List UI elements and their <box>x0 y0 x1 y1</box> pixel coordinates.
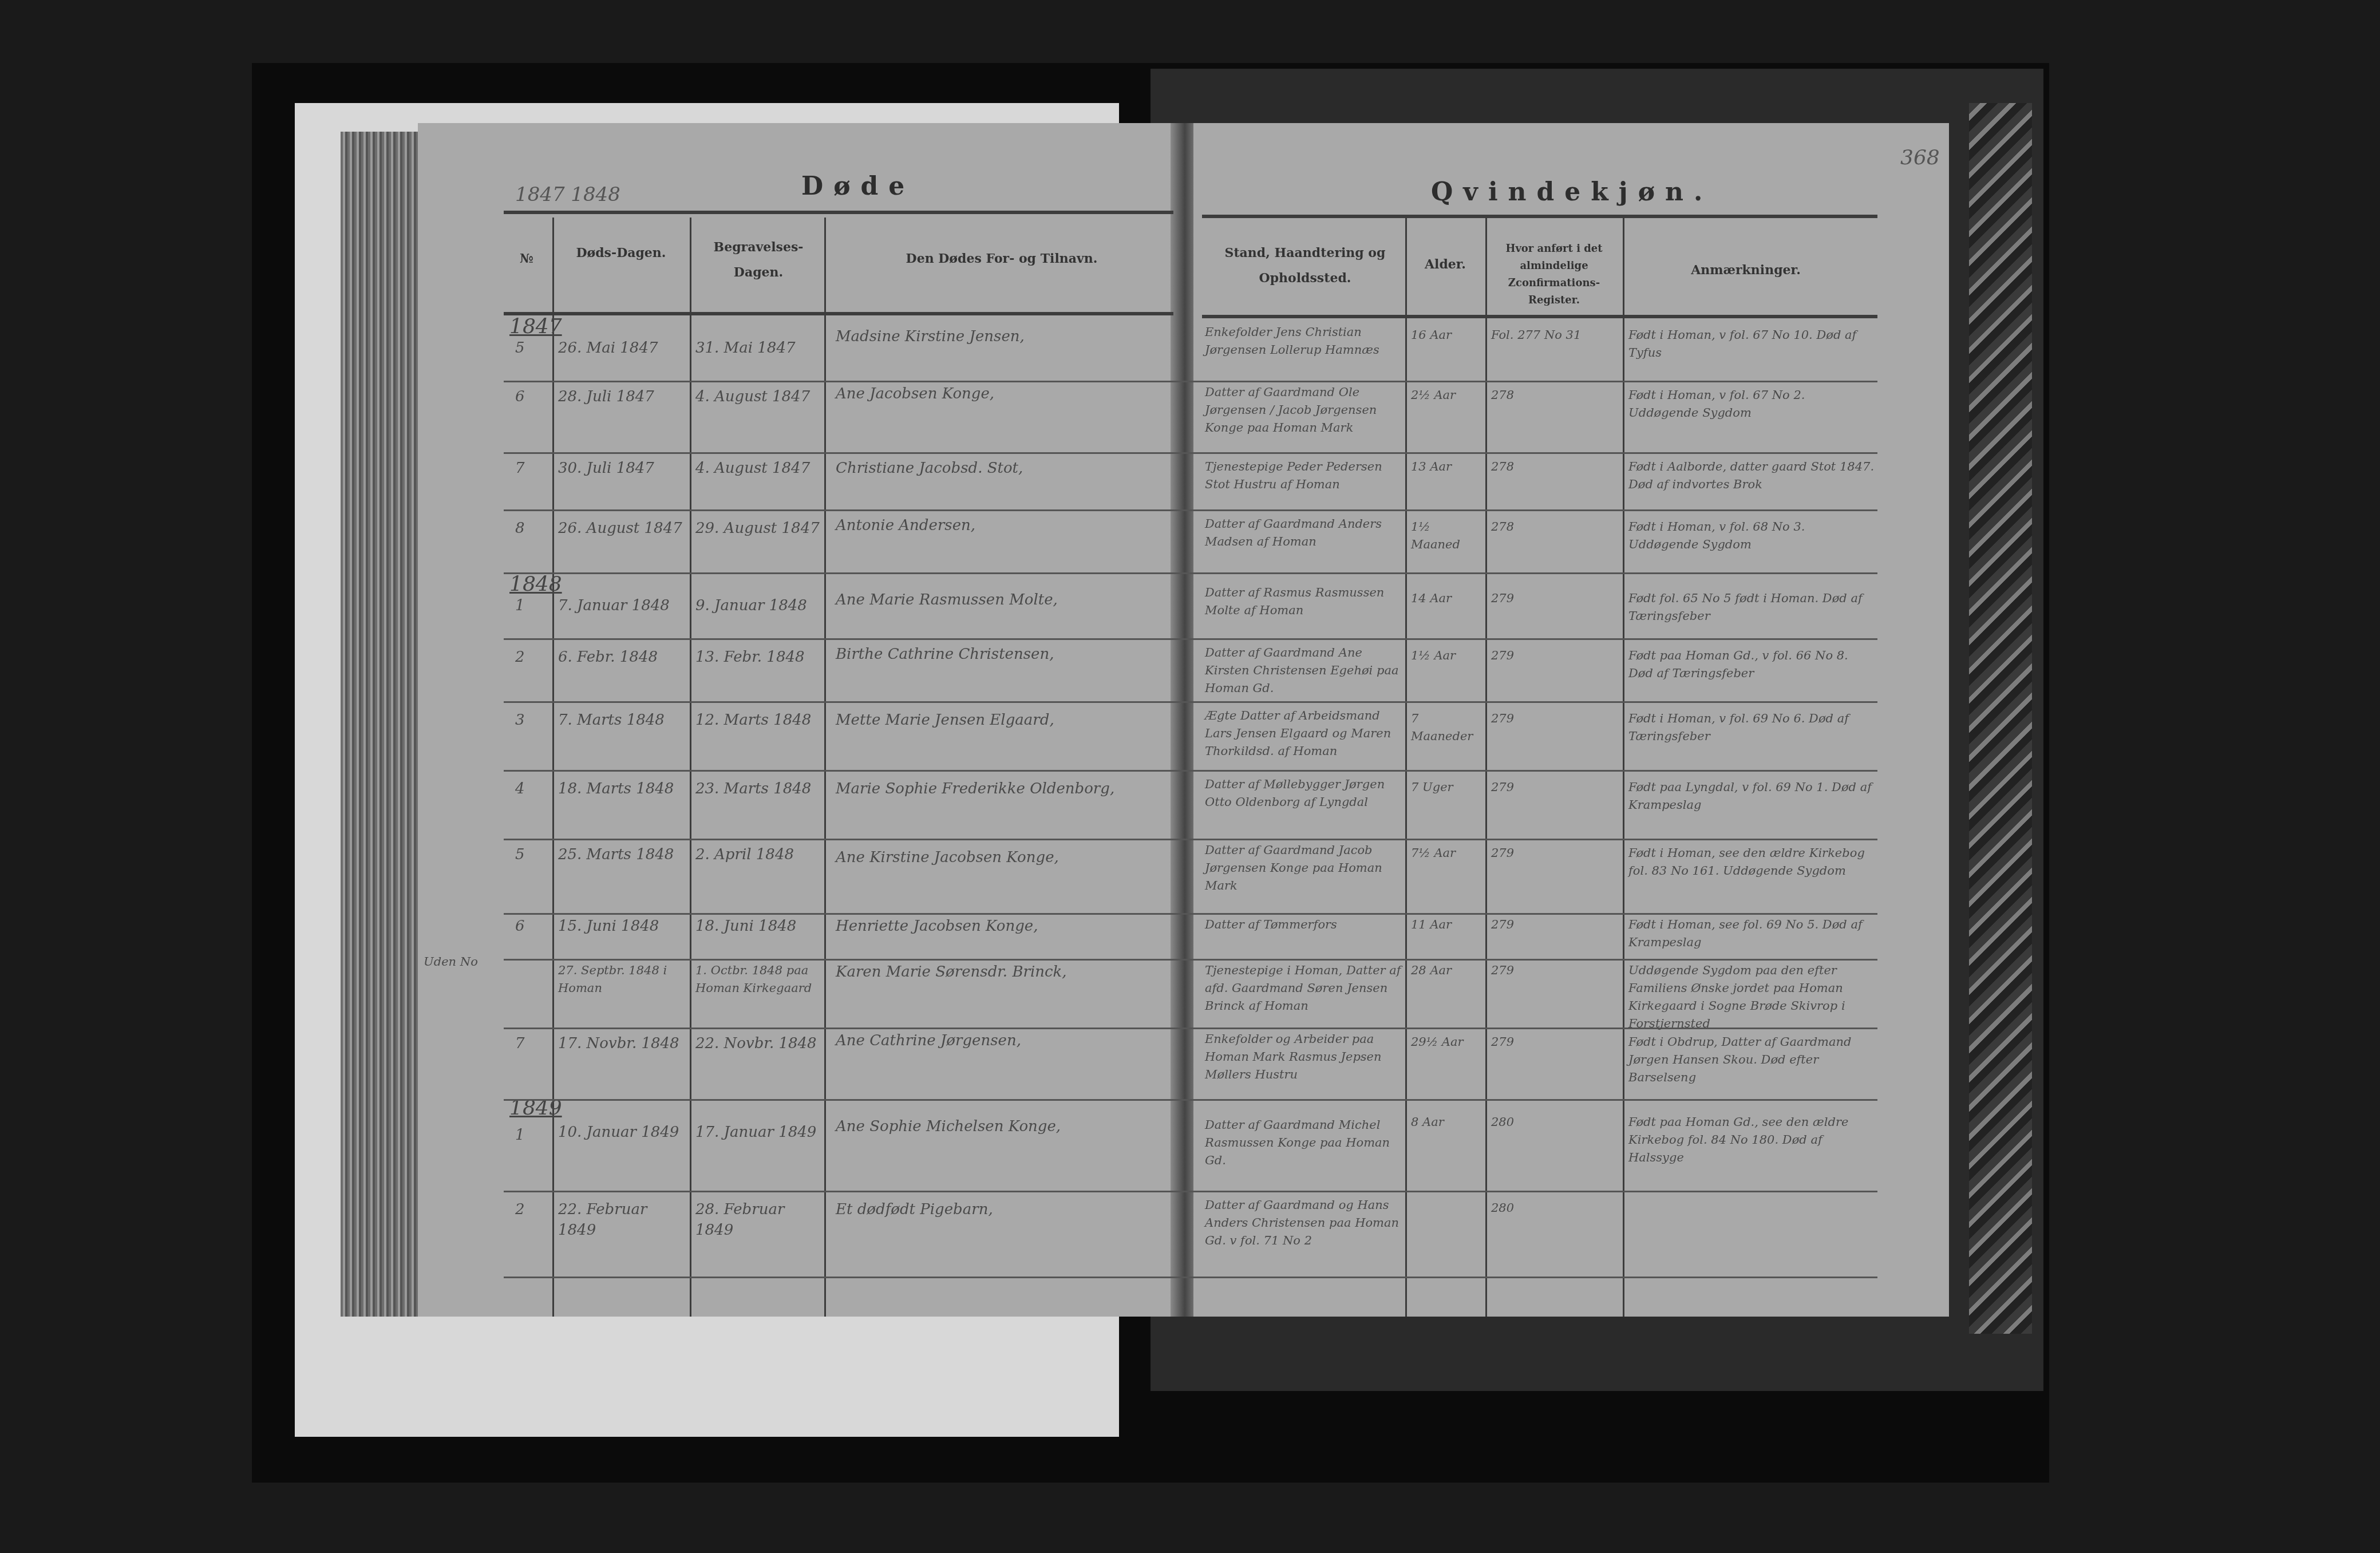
entry-no: 1 <box>515 1125 525 1145</box>
register-ref: 280 <box>1491 1113 1620 1131</box>
status: Ægte Datter af Arbeidsmand Lars Jensen E… <box>1205 707 1402 760</box>
remarks: Født i Homan, see fol. 69 No 5. Død af K… <box>1628 916 1875 951</box>
death-date: 26. Mai 1847 <box>558 338 687 358</box>
row-divider <box>504 1191 1877 1192</box>
register-ref: 279 <box>1491 962 1620 979</box>
deceased-name: Marie Sophie Frederikke Oldenborg, <box>836 779 1173 799</box>
status: Enkefolder og Arbeider paa Homan Mark Ra… <box>1205 1030 1402 1084</box>
deceased-name: Ane Marie Rasmussen Molte, <box>836 590 1173 610</box>
row-divider <box>504 638 1877 640</box>
header-rule-top-right <box>1202 215 1877 218</box>
burial-date: 4. August 1847 <box>695 386 824 407</box>
col-header-register: Hvor anført i det almindelige Zconfirmat… <box>1488 240 1620 309</box>
burial-date: 29. August 1847 <box>695 518 824 539</box>
page-number: 368 <box>1900 146 1940 169</box>
remarks: Født i Homan, see den ældre Kirkebog fol… <box>1628 844 1875 880</box>
age: 11 Aar <box>1411 916 1482 934</box>
col-header-name: Den Dødes For- og Tilnavn. <box>830 246 1173 271</box>
status: Datter af Gaardmand Ane Kirsten Christen… <box>1205 644 1402 697</box>
entry-no: 2 <box>515 647 525 667</box>
register-ref: 280 <box>1491 1199 1620 1217</box>
burial-date: 12. Marts 1848 <box>695 710 824 730</box>
remarks: Født i Homan, v fol. 69 No 6. Død af Tær… <box>1628 710 1875 745</box>
register-ref: 279 <box>1491 844 1620 862</box>
age: 16 Aar <box>1411 326 1482 344</box>
register-ref: 278 <box>1491 518 1620 536</box>
row-divider <box>504 381 1877 382</box>
deceased-name: Christiane Jacobsd. Stot, <box>836 458 1173 479</box>
death-date: 26. August 1847 <box>558 518 687 539</box>
death-date: 27. Septbr. 1848 i Homan <box>558 962 687 997</box>
register-ref: 279 <box>1491 779 1620 796</box>
deceased-name: Ane Jacobsen Konge, <box>836 384 1173 404</box>
year-marker-1847: 1847 <box>509 315 562 338</box>
register-ref: 279 <box>1491 916 1620 934</box>
row-divider <box>504 839 1877 840</box>
col-divider <box>1485 218 1487 1317</box>
deceased-name: Madsine Kirstine Jensen, <box>836 326 1173 347</box>
status: Datter af Møllebygger Jørgen Otto Oldenb… <box>1205 776 1402 811</box>
register-ref: 278 <box>1491 458 1620 476</box>
status: Datter af Gaardmand Ole Jørgensen / Jaco… <box>1205 384 1402 437</box>
row-divider <box>504 959 1877 961</box>
burial-date: 28. Februar 1849 <box>695 1199 824 1240</box>
remarks: Født fol. 65 No 5 født i Homan. Død af T… <box>1628 590 1875 625</box>
burial-date: 18. Juni 1848 <box>695 916 824 936</box>
remarks: Født i Obdrup, Datter af Gaardmand Jørge… <box>1628 1033 1875 1086</box>
death-date: 6. Febr. 1848 <box>558 647 687 667</box>
remarks: Født paa Homan Gd., see den ældre Kirkeb… <box>1628 1113 1875 1167</box>
remarks: Født paa Homan Gd., v fol. 66 No 8. Død … <box>1628 647 1875 682</box>
entry-no: 3 <box>515 710 525 730</box>
status: Datter af Rasmus Rasmussen Molte af Homa… <box>1205 584 1402 619</box>
age: 28 Aar <box>1411 962 1482 979</box>
age: 7 Maaneder <box>1411 710 1482 745</box>
remarks: Født i Homan, v fol. 67 No 2. Uddøgende … <box>1628 386 1875 422</box>
row-divider <box>504 509 1877 511</box>
remarks: Født paa Lyngdal, v fol. 69 No 1. Død af… <box>1628 779 1875 814</box>
deceased-name: Henriette Jacobsen Konge, <box>836 916 1173 936</box>
col-header-status: Stand, Haandtering og Opholdssted. <box>1202 240 1408 291</box>
col-header-death-date: Døds-Dagen. <box>555 240 687 266</box>
entry-no: 5 <box>515 844 525 865</box>
deceased-name: Antonie Andersen, <box>836 515 1173 536</box>
deceased-name: Mette Marie Jensen Elgaard, <box>836 710 1173 730</box>
col-divider <box>690 218 691 1317</box>
page-block-edge <box>341 132 426 1317</box>
age: 8 Aar <box>1411 1113 1482 1131</box>
deceased-name: Ane Kirstine Jacobsen Konge, <box>836 847 1173 868</box>
deceased-name: Karen Marie Sørensdr. Brinck, <box>836 962 1173 982</box>
register-ref: 278 <box>1491 386 1620 404</box>
burial-date: 4. August 1847 <box>695 458 824 479</box>
col-header-age: Alder. <box>1408 252 1482 277</box>
age: 2½ Aar <box>1411 386 1482 404</box>
remarks: Født i Aalborde, datter gaard Stot 1847.… <box>1628 458 1875 493</box>
status: Datter af Tømmerfors <box>1205 916 1402 934</box>
register-ref: 279 <box>1491 647 1620 665</box>
death-date: 22. Februar 1849 <box>558 1199 687 1240</box>
death-date: 7. Marts 1848 <box>558 710 687 730</box>
row-divider <box>504 452 1877 454</box>
death-date: 18. Marts 1848 <box>558 779 687 799</box>
row-divider <box>504 1099 1877 1101</box>
burial-date: 1. Octbr. 1848 paa Homan Kirkegaard <box>695 962 824 997</box>
row-divider <box>504 770 1877 772</box>
death-date: 15. Juni 1848 <box>558 916 687 936</box>
marbled-edge <box>1969 103 2032 1334</box>
status: Datter af Gaardmand Michel Rasmussen Kon… <box>1205 1116 1402 1169</box>
age: 7 Uger <box>1411 779 1482 796</box>
burial-date: 13. Febr. 1848 <box>695 647 824 667</box>
year-marker-1848: 1848 <box>509 572 562 596</box>
row-divider <box>504 1277 1877 1278</box>
entry-no: 2 <box>515 1199 525 1220</box>
age: 13 Aar <box>1411 458 1482 476</box>
left-page-title: Døde <box>801 172 915 201</box>
status: Tjenestepige i Homan, Datter af afd. Gaa… <box>1205 962 1402 1015</box>
header-rule-bottom <box>504 312 1173 315</box>
burial-date: 31. Mai 1847 <box>695 338 824 358</box>
entry-no: 6 <box>515 916 525 936</box>
col-header-remarks: Anmærkninger. <box>1626 258 1866 283</box>
entry-no: 8 <box>515 518 525 539</box>
entry-no: 7 <box>515 1033 525 1054</box>
remarks: Født i Homan, v fol. 68 No 3. Uddøgende … <box>1628 518 1875 554</box>
col-divider <box>552 218 554 1317</box>
burial-date: 9. Januar 1848 <box>695 595 824 616</box>
col-header-burial-date: Begravelses-Dagen. <box>693 235 824 285</box>
burial-date: 23. Marts 1848 <box>695 779 824 799</box>
status: Datter af Gaardmand Anders Madsen af Hom… <box>1205 515 1402 551</box>
status: Datter af Gaardmand Jacob Jørgensen Kong… <box>1205 841 1402 895</box>
age: 7½ Aar <box>1411 844 1482 862</box>
deceased-name: Et dødfødt Pigebarn, <box>836 1199 1173 1220</box>
entry-no: 6 <box>515 386 525 407</box>
deceased-name: Ane Sophie Michelsen Konge, <box>836 1116 1173 1137</box>
register-ref: 279 <box>1491 710 1620 728</box>
status: Tjenestepige Peder Pedersen Stot Hustru … <box>1205 458 1402 493</box>
death-date: 28. Juli 1847 <box>558 386 687 407</box>
age: 29½ Aar <box>1411 1033 1482 1051</box>
remarks: Uddøgende Sygdom paa den efter Familiens… <box>1628 962 1875 1033</box>
age: 1½ Aar <box>1411 647 1482 665</box>
register-ref: 279 <box>1491 590 1620 607</box>
entry-no: 1 <box>515 595 525 616</box>
row-divider <box>504 913 1877 915</box>
death-date: 7. Januar 1848 <box>558 595 687 616</box>
col-divider <box>1623 218 1624 1317</box>
burial-date: 17. Januar 1849 <box>695 1122 824 1143</box>
age: 1½ Maaned <box>1411 518 1482 554</box>
death-date: 25. Marts 1848 <box>558 844 687 865</box>
right-page-title: Qvindekjøn. <box>1431 177 1713 207</box>
deceased-name: Birthe Cathrine Christensen, <box>836 644 1173 665</box>
death-date: 17. Novbr. 1848 <box>558 1033 687 1054</box>
remarks: Født i Homan, v fol. 67 No 10. Død af Ty… <box>1628 326 1875 362</box>
col-header-no: № <box>504 246 549 271</box>
death-date: 10. Januar 1849 <box>558 1122 687 1143</box>
death-date: 30. Juli 1847 <box>558 458 687 479</box>
col-divider <box>1405 218 1407 1317</box>
status: Datter af Gaardmand og Hans Anders Chris… <box>1205 1196 1402 1250</box>
row-divider <box>504 701 1877 703</box>
status: Enkefolder Jens Christian Jørgensen Loll… <box>1205 323 1402 359</box>
header-rule-top <box>504 211 1173 214</box>
register-ref: 279 <box>1491 1033 1620 1051</box>
deceased-name: Ane Cathrine Jørgensen, <box>836 1030 1173 1051</box>
age: 14 Aar <box>1411 590 1482 607</box>
entry-no: 4 <box>515 779 525 799</box>
col-divider <box>824 218 826 1317</box>
header-rule-bottom-right <box>1202 315 1877 318</box>
entry-no: 7 <box>515 458 525 479</box>
row-divider <box>504 572 1877 574</box>
margin-note: Uden No <box>424 953 478 971</box>
burial-date: 2. April 1848 <box>695 844 824 865</box>
entry-no: 5 <box>515 338 549 358</box>
register-ref: Fol. 277 No 31 <box>1491 326 1620 344</box>
year-range-note: 1847 1848 <box>515 183 620 206</box>
burial-date: 22. Novbr. 1848 <box>695 1033 824 1054</box>
